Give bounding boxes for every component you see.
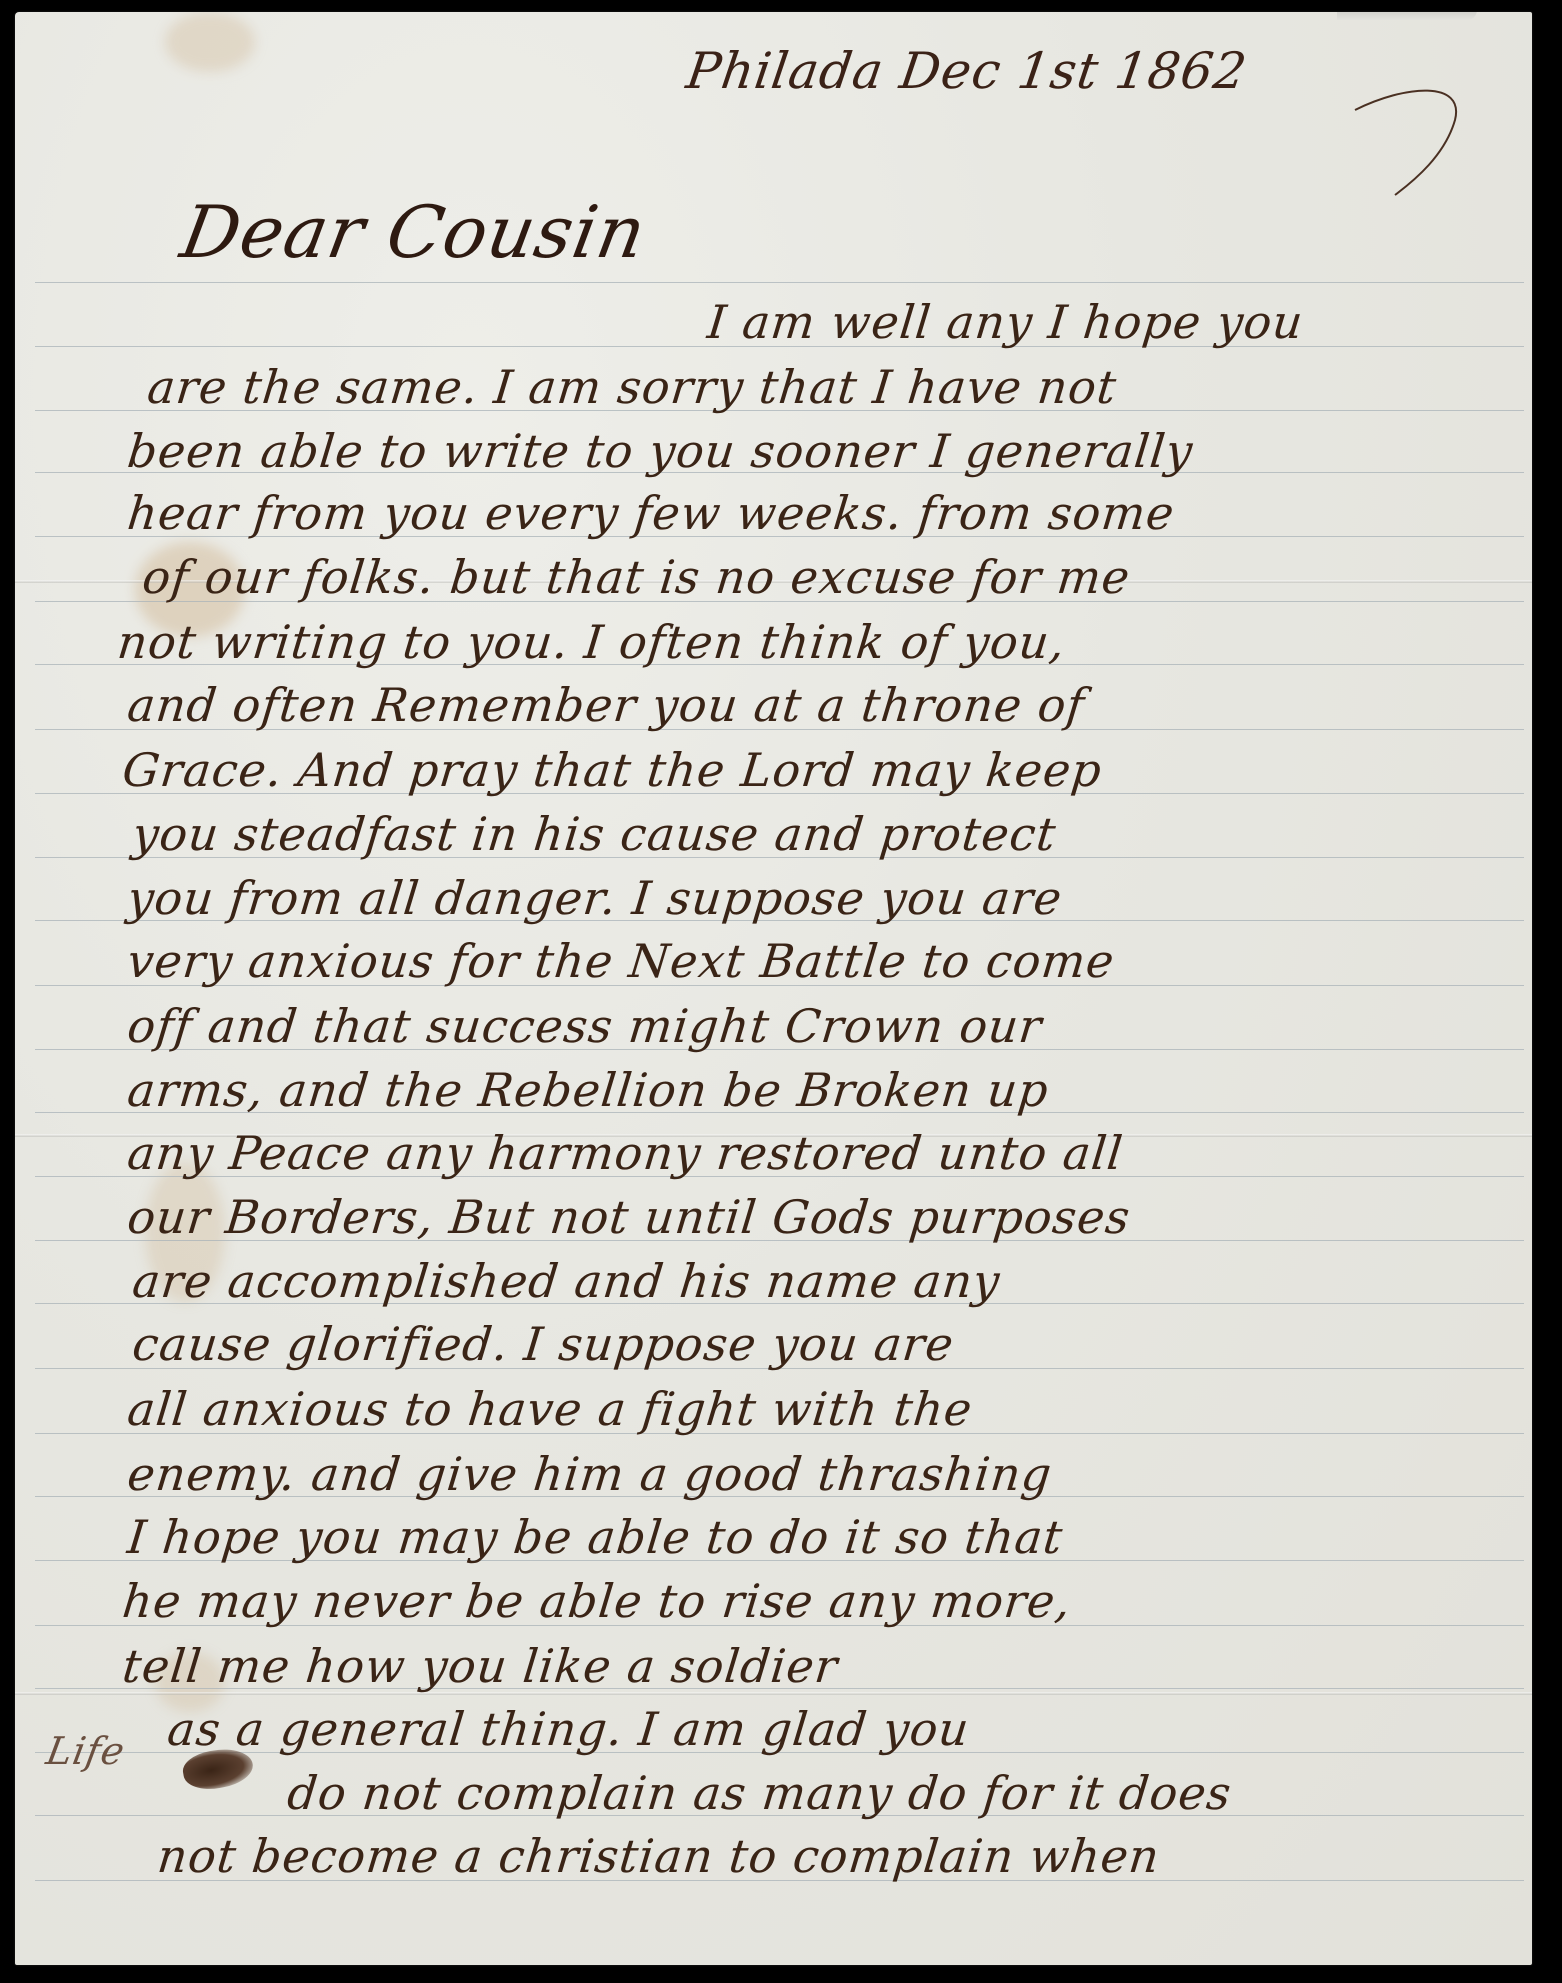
body-line: hear from you every few weeks. from some [125, 486, 1177, 540]
body-line: all anxious to have a fight with the [125, 1382, 975, 1436]
body-line: are the same. I am sorry that I have not [145, 360, 1119, 414]
body-line: of our folks. but that is no excuse for … [140, 550, 1133, 604]
body-line: are accomplished and his name any [130, 1254, 1003, 1308]
body-line: our Borders, But not until Gods purposes [125, 1190, 1133, 1244]
letter-dateline: Philada Dec 1st 1862 [683, 42, 1251, 100]
body-line: off and that success might Crown our [125, 999, 1045, 1053]
body-line: I am well any I hope you [705, 295, 1306, 349]
date-flourish [1345, 60, 1485, 200]
body-line: been able to write to you sooner I gener… [125, 424, 1196, 478]
margin-note: Life [43, 1729, 129, 1773]
body-line: not writing to you. I often think of you… [115, 615, 1068, 669]
body-line: very anxious for the Next Battle to come [125, 934, 1117, 988]
body-line: and often Remember you at a throne of [125, 678, 1088, 732]
body-line: do not complain as many do for it does [285, 1766, 1234, 1820]
body-line: you from all danger. I suppose you are [125, 871, 1065, 925]
body-line: enemy. and give him a good thrashing [125, 1447, 1055, 1501]
body-line: you steadfast in his cause and protect [130, 807, 1059, 861]
folded-corner [1337, 12, 1477, 20]
body-line: Grace. And pray that the Lord may keep [120, 743, 1105, 797]
body-line: tell me how you like a soldier [120, 1639, 841, 1693]
paper-stain [165, 12, 255, 72]
body-line: as a general thing. I am glad you [165, 1702, 972, 1756]
body-line: cause glorified. I suppose you are [130, 1317, 957, 1371]
letter-page: Philada Dec 1st 1862 Dear Cousin I am we… [15, 12, 1532, 1965]
body-line: I hope you may be able to do it so that [125, 1510, 1066, 1564]
letter-salutation: Dear Cousin [175, 190, 653, 274]
body-line: not become a christian to complain when [155, 1829, 1163, 1883]
body-line: any Peace any harmony restored unto all [125, 1126, 1126, 1180]
body-line: arms, and the Rebellion be Broken up [125, 1063, 1051, 1117]
body-line: he may never be able to rise any more, [120, 1574, 1074, 1628]
